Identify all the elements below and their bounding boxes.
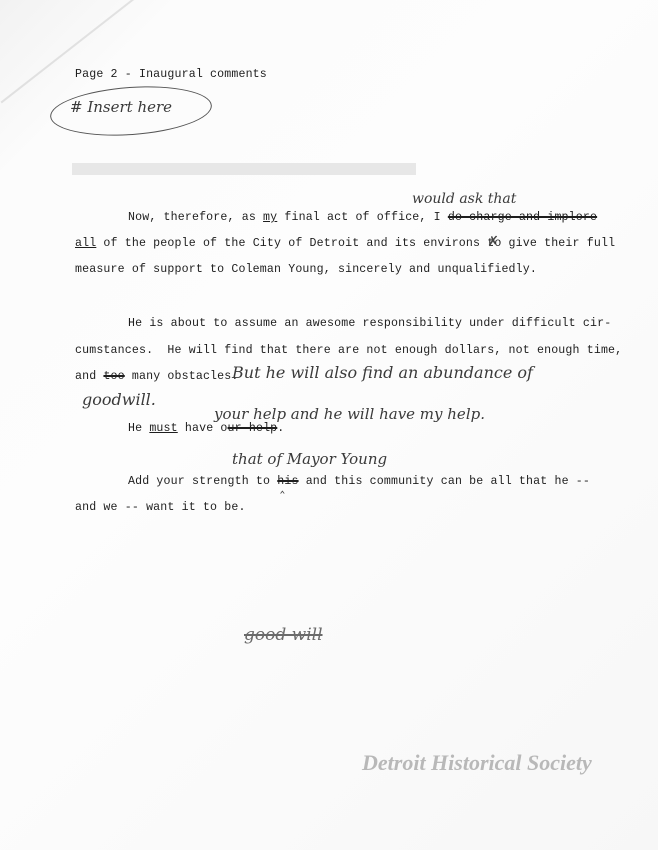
insert-note-handwritten: # Insert here bbox=[70, 98, 172, 116]
paragraph-2-line-2: cumstances. He will find that there are … bbox=[75, 344, 622, 357]
struck-our-help: ur help bbox=[228, 422, 278, 435]
paragraph-4-line-1: Add your strength to his and this commun… bbox=[128, 475, 590, 488]
text-span: have o bbox=[178, 422, 228, 435]
redacted-line bbox=[72, 163, 416, 175]
text-span: and this community can be all that he -- bbox=[299, 475, 590, 488]
text-span: He bbox=[128, 422, 149, 435]
paragraph-2-line-3: and too many obstacles. bbox=[75, 370, 238, 383]
paragraph-3: He must have our help. bbox=[128, 422, 284, 435]
struck-too: too bbox=[103, 370, 124, 383]
insert-would-ask-that: would ask that bbox=[412, 191, 516, 207]
handwritten-abundance: But he will also find an abundance of bbox=[232, 363, 533, 382]
struck-handwritten-good-will: good will bbox=[244, 625, 323, 645]
underlined-all: all bbox=[75, 237, 96, 250]
page-header: Page 2 - Inaugural comments bbox=[75, 68, 267, 81]
handwritten-goodwill: goodwill. bbox=[82, 390, 156, 409]
text-span: Add your strength to bbox=[128, 475, 277, 488]
insert-that-of-mayor-young: that of Mayor Young bbox=[232, 450, 387, 468]
paragraph-2-line-1: He is about to assume an awesome respons… bbox=[128, 317, 611, 330]
underlined-must: must bbox=[149, 422, 177, 435]
handwritten-your-help: your help and he will have my help. bbox=[214, 405, 485, 423]
struck-text: do charge and implore bbox=[448, 211, 597, 224]
underlined-my: my bbox=[263, 211, 277, 224]
paragraph-1-line-2: all of the people of the City of Detroit… bbox=[75, 237, 615, 250]
text-span: many obstacles. bbox=[125, 370, 239, 383]
text-span: and bbox=[75, 370, 103, 383]
paragraph-1-line-3: measure of support to Coleman Young, sin… bbox=[75, 263, 537, 276]
paragraph-4-line-2: and we -- want it to be. bbox=[75, 501, 246, 514]
crossed-out-to: to bbox=[487, 237, 501, 250]
text-span: of the people of the City of Detroit and… bbox=[96, 237, 487, 250]
paragraph-1-line-1: Now, therefore, as my final act of offic… bbox=[128, 211, 597, 224]
text-span: final act of office, I bbox=[277, 211, 448, 224]
document-page: Page 2 - Inaugural comments # Insert her… bbox=[0, 0, 658, 850]
text-span: Now, therefore, as bbox=[128, 211, 263, 224]
text-span: give their full bbox=[501, 237, 615, 250]
insertion-caret-icon: ‸ bbox=[280, 478, 285, 494]
watermark-detroit-historical-society: Detroit Historical Society bbox=[362, 750, 592, 776]
text-span: . bbox=[277, 422, 284, 435]
